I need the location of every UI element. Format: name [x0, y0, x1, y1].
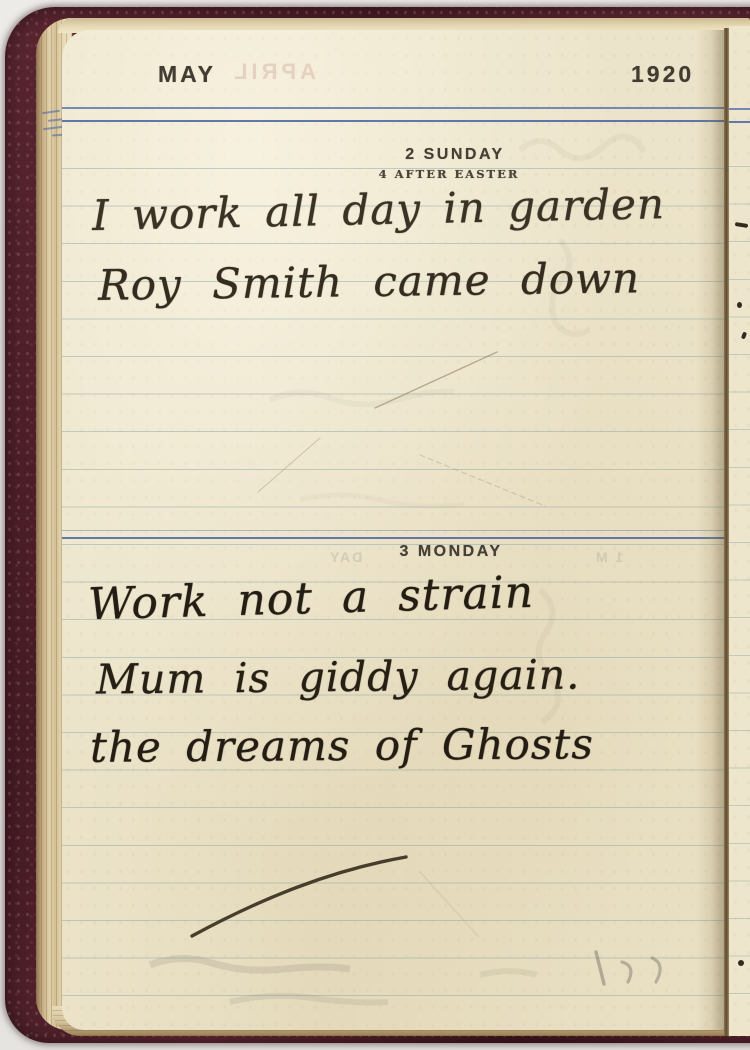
- month-label: MAY: [158, 61, 216, 88]
- sunday-date-label: 2 SUNDAY: [62, 146, 750, 164]
- facing-ink-mark: [737, 302, 742, 308]
- section-divider-rule: [62, 530, 724, 539]
- sunday-entry-line-2: Roy Smith came down: [98, 256, 641, 308]
- diary-page: APRIL DAY 1 M MAY 1920 2 SUNDAY 4 AFTER …: [62, 30, 724, 1030]
- facing-page-sliver: [729, 26, 750, 1036]
- monday-entry-line-3: the dreams of Ghosts: [90, 722, 594, 770]
- monday-entry-line-2: Mum is giddy again.: [96, 653, 581, 701]
- header-double-rule: [62, 107, 724, 122]
- sunday-entry-line-1: I work all day in garden: [92, 182, 666, 238]
- monday-entry-line-1: Work not a strain: [87, 570, 534, 629]
- bleedthrough-april: APRIL: [230, 59, 316, 85]
- year-label: 1920: [631, 61, 694, 88]
- facing-ruled-lines: [729, 166, 750, 1016]
- diary-photograph: APRIL DAY 1 M MAY 1920 2 SUNDAY 4 AFTER …: [0, 0, 750, 1050]
- monday-date-label: 3 MONDAY: [62, 543, 750, 561]
- facing-double-rule: [729, 108, 750, 123]
- facing-ink-mark: [738, 960, 744, 966]
